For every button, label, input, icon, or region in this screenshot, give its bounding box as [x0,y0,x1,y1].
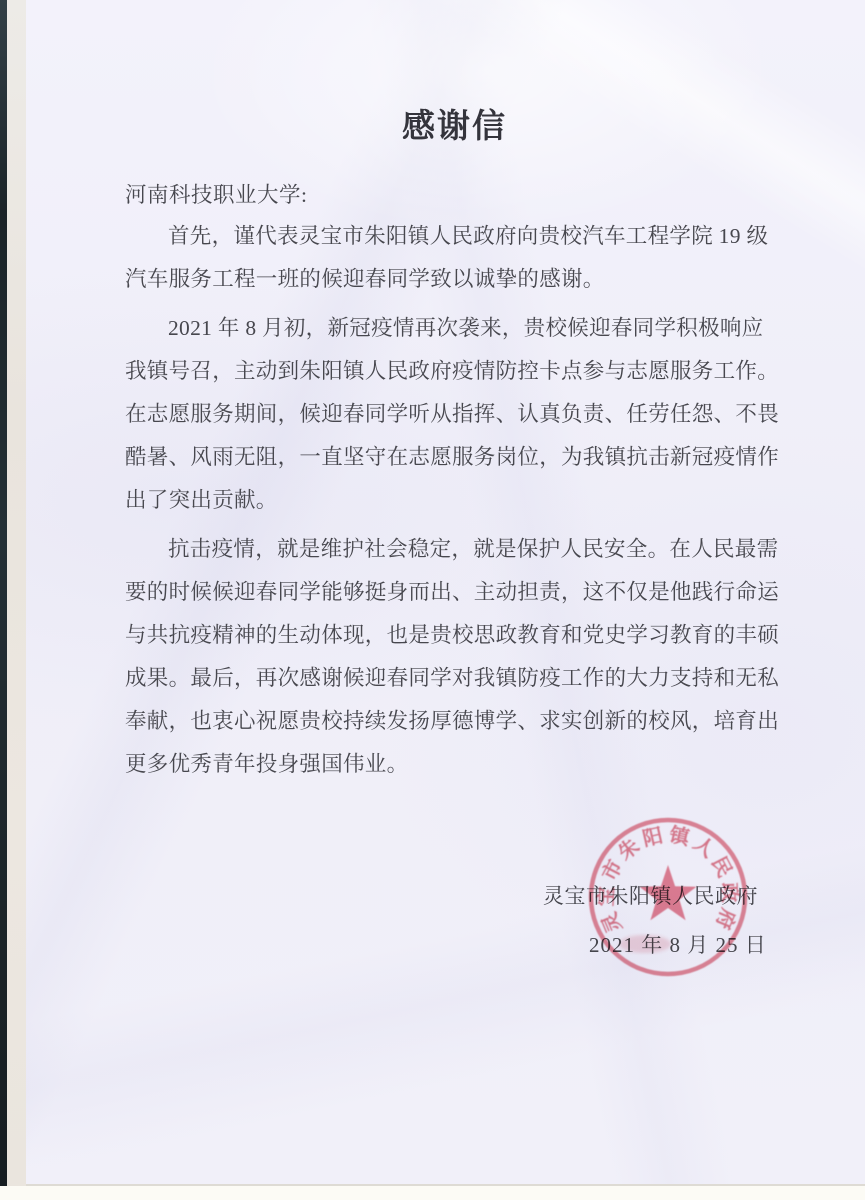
body-line: 我镇号召，主动到朱阳镇人民政府疫情防控卡点参与志愿服务工作。 [125,350,805,393]
scanner-edge-light-strip [7,0,26,1186]
body-line: 汽车服务工程一班的候迎春同学致以诚挚的感谢。 [125,258,805,301]
body-line: 2021 年 8 月初，新冠疫情再次袭来，贵校候迎春同学积极响应 [125,307,805,350]
body-line: 更多优秀青年投身强国伟业。 [125,743,805,786]
body-line: 出了突出贡献。 [125,479,805,522]
scanned-letter-page: 感谢信 河南科技职业大学: 首先，谨代表灵宝市朱阳镇人民政府向贵校汽车工程学院 … [0,0,865,1200]
body-line: 在志愿服务期间，候迎春同学听从指挥、认真负责、任劳任怨、不畏 [125,393,805,436]
paragraph: 首先，谨代表灵宝市朱阳镇人民政府向贵校汽车工程学院 19 级汽车服务工程一班的候… [125,215,805,301]
seal-ink-smudge [619,935,671,953]
official-seal-stamp: 灵宝市朱阳镇人民政府 [583,812,753,982]
body-line: 成果。最后，再次感谢候迎春同学对我镇防疫工作的大力支持和无私 [125,657,805,700]
letter-body: 首先，谨代表灵宝市朱阳镇人民政府向贵校汽车工程学院 19 级汽车服务工程一班的候… [125,215,805,786]
letter-title: 感谢信 [35,109,865,142]
paragraph: 2021 年 8 月初，新冠疫情再次袭来，贵校候迎春同学积极响应我镇号召，主动到… [125,307,805,522]
paragraph: 抗击疫情，就是维护社会稳定，就是保护人民安全。在人民最需要的时候候迎春同学能够挺… [125,528,805,786]
scanner-edge-dark-strip [0,0,7,1186]
body-line: 抗击疫情，就是维护社会稳定，就是保护人民安全。在人民最需 [125,528,805,571]
body-line: 酷暑、风雨无阻，一直坚守在志愿服务岗位，为我镇抗击新冠疫情作 [125,436,805,479]
star-icon [640,865,697,920]
body-line: 与共抗疫精神的生动体现，也是贵校思政教育和党史学习教育的丰硕 [125,614,805,657]
letter-paper: 感谢信 河南科技职业大学: 首先，谨代表灵宝市朱阳镇人民政府向贵校汽车工程学院 … [26,0,865,1186]
recipient-line: 河南科技职业大学: [125,182,307,208]
scan-background-bottom [0,1186,865,1200]
body-line: 首先，谨代表灵宝市朱阳镇人民政府向贵校汽车工程学院 19 级 [125,215,805,258]
body-line: 要的时候候迎春同学能够挺身而出、主动担责，这不仅是他践行命运 [125,571,805,614]
body-line: 奉献，也衷心祝愿贵校持续发扬厚德博学、求实创新的校风，培育出 [125,700,805,743]
